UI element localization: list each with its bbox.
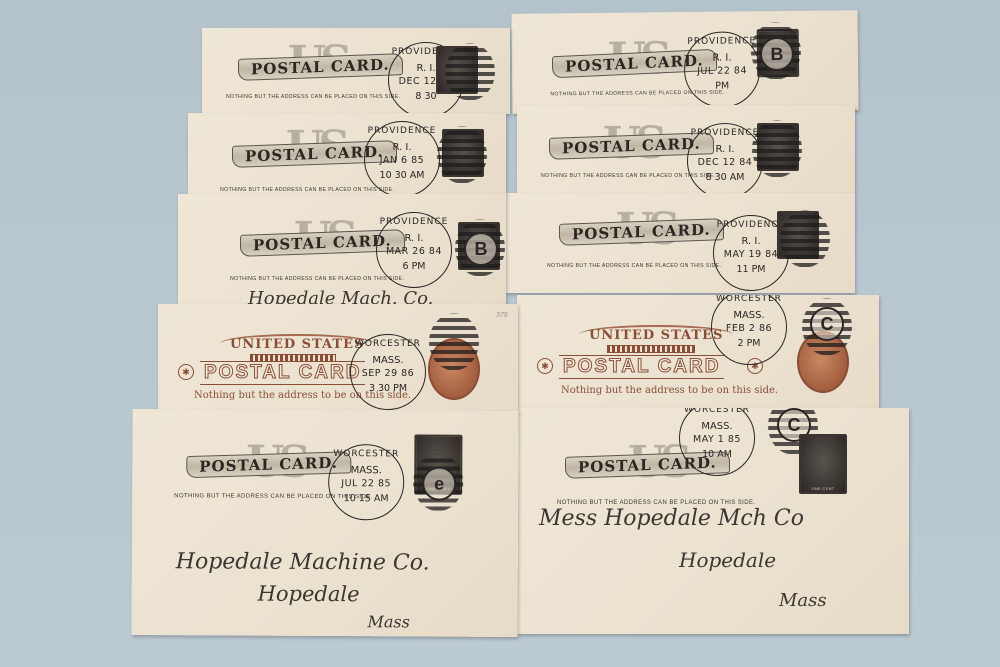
postal-card-title: POSTAL CARD — [559, 355, 724, 379]
postal-card-right-2: US POSTAL CARD. NOTHING BUT THE ADDRESS … — [517, 105, 855, 193]
rosette-icon: ✱ — [537, 358, 553, 374]
postal-card-left-4: UNITED STATES ✱ POSTAL CARD Nothing but … — [158, 304, 518, 414]
postal-card-ribbon: POSTAL CARD. — [238, 53, 403, 81]
barred-cancel-icon — [426, 310, 482, 374]
barred-cancel-icon — [442, 40, 498, 104]
address-notice: NOTHING BUT THE ADDRESS CAN BE PLACED ON… — [226, 94, 400, 100]
postal-card-ribbon: POSTAL CARD. — [186, 451, 351, 478]
postmark: WORCESTER MASS. SEP 29 86 3 30 PM — [350, 334, 426, 410]
handwritten-address-line-2: Hopedale — [258, 582, 360, 607]
barred-cancel-icon — [777, 207, 833, 271]
rosette-icon: ✱ — [178, 364, 194, 380]
cancel-letter: e — [422, 467, 456, 501]
barred-cancel-icon — [434, 123, 490, 187]
postal-card-right-1: US POSTAL CARD. NOTHING BUT THE ADDRESS … — [511, 10, 858, 114]
postal-card-title: POSTAL CARD — [200, 361, 365, 385]
postmark: PROVIDENCE R. I. JAN 6 85 10 30 AM — [364, 121, 440, 195]
handwritten-address-line-2: Hopedale — [679, 548, 776, 572]
postmark: PROVIDENCE R. I. MAR 26 84 6 PM — [376, 212, 452, 288]
pencil-note: 375 — [496, 312, 508, 319]
handwritten-address-line-1: Mess Hopedale Mch Co — [539, 506, 804, 531]
postal-card-right-5: US POSTAL CARD. NOTHING BUT THE ADDRESS … — [517, 408, 909, 634]
address-notice: NOTHING BUT THE ADDRESS CAN BE PLACED ON… — [547, 263, 721, 269]
postal-card-left-2: US POSTAL CARD. NOTHING BUT THE ADDRESS … — [188, 113, 506, 195]
postal-card-left-1: US POSTAL CARD. NOTHING BUT THE ADDRESS … — [202, 28, 510, 114]
stars-bar — [607, 345, 695, 353]
handwritten-address-line-3: Mass — [367, 612, 409, 631]
liberty-stamp-icon: ONE CENT — [799, 434, 847, 494]
postmark: WORCESTER MASS. JUL 22 85 10 15 AM — [328, 444, 404, 520]
barred-cancel-icon — [749, 117, 805, 181]
postal-card-left-5: US POSTAL CARD. NOTHING BUT THE ADDRESS … — [131, 409, 518, 637]
postmark: WORCESTER MASS. FEB 2 86 2 PM — [711, 295, 787, 365]
postmark: WORCESTER MASS. MAY 1 85 10 AM — [679, 408, 755, 476]
postal-card-ribbon: POSTAL CARD. — [559, 218, 724, 246]
handwritten-address-line-3: Mass — [779, 590, 827, 611]
cancel-letter: B — [760, 37, 794, 71]
handwritten-address-line-1: Hopedale Machine Co. — [176, 549, 430, 575]
postal-card-right-3: US POSTAL CARD. NOTHING BUT THE ADDRESS … — [505, 193, 855, 293]
cancel-letter: B — [464, 232, 498, 266]
postal-card-right-4: UNITED STATES ✱ POSTAL CARD ✱ Nothing bu… — [517, 295, 879, 413]
address-notice: NOTHING BUT THE ADDRESS CAN BE PLACED ON… — [220, 187, 394, 193]
address-notice: Nothing but the address to be on this si… — [561, 385, 778, 396]
cancel-letter: C — [810, 307, 844, 341]
postal-card-left-3: US POSTAL CARD. NOTHING BUT THE ADDRESS … — [178, 194, 506, 306]
address-notice: NOTHING BUT THE ADDRESS CAN BE PLACED ON… — [230, 276, 404, 282]
